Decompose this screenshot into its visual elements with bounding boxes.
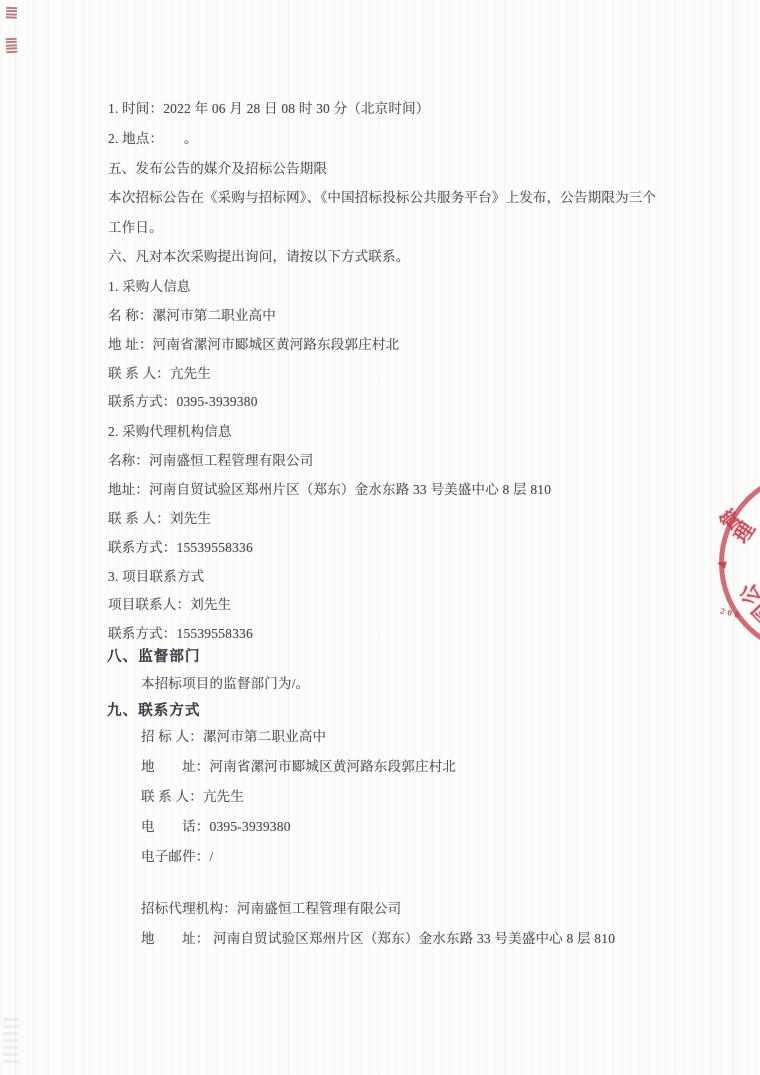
line-tender-agency-address: 地 址： 河南自贸试验区郑州片区（郑东）金水东路 33 号美盛中心 8 层 81…	[141, 931, 615, 947]
line-announcement-media: 本次招标公告在《采购与招标网》、《中国招标投标公共服务平台》上发布，公告期限为三…	[108, 190, 656, 206]
red-ink-mark-top	[6, 7, 17, 20]
red-ink-mark-bottom	[6, 38, 18, 55]
scan-smudge	[3, 1018, 18, 1063]
line-project-contact: 项目联系人：刘先生	[108, 597, 231, 613]
seal-serial-digits: 208	[719, 605, 743, 620]
line-purchaser-name: 名 称：漯河市第二职业高中	[108, 308, 276, 324]
line-tender-agency-name: 招标代理机构：河南盛恒工程管理有限公司	[141, 901, 401, 917]
scan-streak	[33, 0, 34, 1075]
scan-streak	[48, 0, 49, 1075]
heading-section-6: 六、凡对本次采购提出询问，请按以下方式联系。	[108, 249, 409, 265]
line-agency-phone: 联系方式：15539558336	[108, 540, 253, 556]
company-seal-stamp: 管 理 公 司 208	[719, 470, 760, 656]
heading-section-5: 五、发布公告的媒介及招标公告期限	[108, 161, 327, 177]
line-announcement-media-cont: 工作日。	[108, 220, 163, 236]
line-agency-contact: 联 系 人：刘先生	[108, 511, 211, 527]
heading-section-8: 八、监督部门	[107, 649, 201, 665]
line-agency-name: 名称：河南盛恒工程管理有限公司	[108, 453, 314, 469]
line-tenderer-phone: 电 话：0395-3939380	[141, 819, 291, 835]
scanned-document: { "page": { "paper_color": "#fcfcfa", "t…	[0, 0, 760, 1075]
line-tenderer-contact: 联 系 人：亢先生	[141, 789, 244, 805]
seal-star-tip	[716, 559, 727, 569]
line-project-contact-label: 3. 项目联系方式	[108, 569, 204, 585]
heading-section-9: 九、联系方式	[107, 703, 201, 719]
line-tenderer-name: 招 标 人：漯河市第二职业高中	[141, 729, 326, 745]
line-purchaser-info-label: 1. 采购人信息	[108, 279, 191, 295]
line-agency-info-label: 2. 采购代理机构信息	[108, 424, 232, 440]
line-project-phone: 联系方式：15539558336	[108, 626, 253, 642]
scan-streak	[83, 0, 84, 1075]
line-supervision-dept: 本招标项目的监督部门为/。	[141, 676, 309, 692]
scan-streak	[710, 0, 711, 1075]
line-purchaser-phone: 联系方式：0395-3939380	[108, 394, 258, 410]
line-tenderer-address: 地 址：河南省漯河市郾城区黄河路东段郭庄村北	[141, 759, 456, 775]
line-tenderer-email: 电子邮件：/	[141, 849, 213, 865]
line-purchaser-address: 地 址：河南省漯河市郾城区黄河路东段郭庄村北	[108, 337, 399, 353]
scan-streak	[15, 0, 16, 1075]
scan-streak	[505, 0, 506, 1075]
scan-streak	[675, 0, 676, 1075]
scan-streak	[613, 0, 614, 1075]
line-purchaser-contact: 联 系 人：亢先生	[108, 366, 211, 382]
line-agency-address: 地址：河南自贸试验区郑州片区（郑东）金水东路 33 号美盛中心 8 层 810	[108, 482, 551, 498]
line-bid-open-time: 1. 时间：2022 年 06 月 28 日 08 时 30 分（北京时间）	[108, 101, 429, 117]
line-bid-open-location: 2. 地点： 。	[108, 131, 198, 147]
